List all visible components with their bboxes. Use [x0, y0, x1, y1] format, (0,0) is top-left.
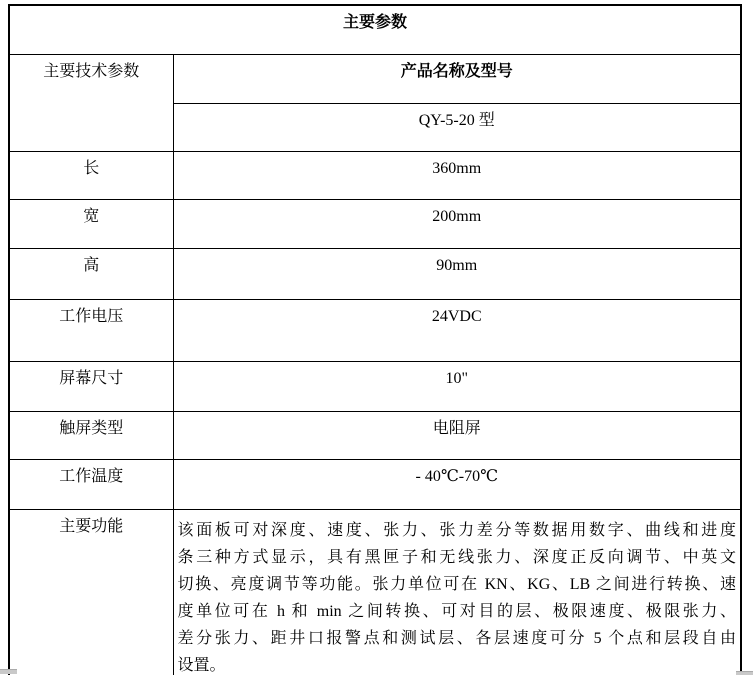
param-value: 电阻屏: [173, 411, 741, 459]
header-row-1: 主要技术参数 产品名称及型号: [9, 54, 741, 103]
product-model: QY-5-20 型: [173, 103, 741, 151]
param-value: 360mm: [173, 151, 741, 199]
table-row: 工作电压 24VDC: [9, 299, 741, 361]
param-value: 10": [173, 361, 741, 411]
spec-table: 主要参数 主要技术参数 产品名称及型号 QY-5-20 型 长 360mm 宽 …: [8, 4, 742, 675]
param-value: - 40℃-70℃: [173, 459, 741, 509]
param-value: 90mm: [173, 248, 741, 299]
param-label: 工作电压: [9, 299, 173, 361]
param-label: 工作温度: [9, 459, 173, 509]
param-label: 长: [9, 151, 173, 199]
table-row: 宽 200mm: [9, 199, 741, 248]
functions-line: 差分张力、距井口报警点和测试层、各层速度可分 5 个点和层段自由: [178, 625, 737, 652]
table-row: 屏幕尺寸 10": [9, 361, 741, 411]
scrollbar-right-artifact[interactable]: [736, 671, 753, 675]
functions-line: 切换、亮度调节等功能。张力单位可在 KN、KG、LB 之间进行转换、速: [178, 571, 737, 598]
functions-line: 设置。: [178, 652, 737, 675]
param-label: 屏幕尺寸: [9, 361, 173, 411]
param-label: 触屏类型: [9, 411, 173, 459]
scrollbar-left-artifact[interactable]: [0, 669, 17, 674]
table-row: 高 90mm: [9, 248, 741, 299]
table-title: 主要参数: [9, 5, 741, 54]
table-row: 工作温度 - 40℃-70℃: [9, 459, 741, 509]
param-label: 宽: [9, 199, 173, 248]
functions-description: 该面板可对深度、速度、张力、张力差分等数据用数字、曲线和进度 条三种方式显示，具…: [173, 509, 741, 675]
table-row: 长 360mm: [9, 151, 741, 199]
tech-params-label: 主要技术参数: [9, 54, 173, 151]
functions-line: 条三种方式显示，具有黑匣子和无线张力、深度正反向调节、中英文: [178, 544, 737, 571]
title-row: 主要参数: [9, 5, 741, 54]
table-row: 触屏类型 电阻屏: [9, 411, 741, 459]
product-name-header: 产品名称及型号: [173, 54, 741, 103]
document-page: 主要参数 主要技术参数 产品名称及型号 QY-5-20 型 长 360mm 宽 …: [0, 0, 753, 675]
functions-line: 该面板可对深度、速度、张力、张力差分等数据用数字、曲线和进度: [178, 517, 737, 544]
param-value: 200mm: [173, 199, 741, 248]
functions-row: 主要功能 该面板可对深度、速度、张力、张力差分等数据用数字、曲线和进度 条三种方…: [9, 509, 741, 675]
functions-label: 主要功能: [9, 509, 173, 675]
functions-line: 度单位可在 h 和 min 之间转换、可对目的层、极限速度、极限张力、: [178, 598, 737, 625]
param-label: 高: [9, 248, 173, 299]
param-value: 24VDC: [173, 299, 741, 361]
